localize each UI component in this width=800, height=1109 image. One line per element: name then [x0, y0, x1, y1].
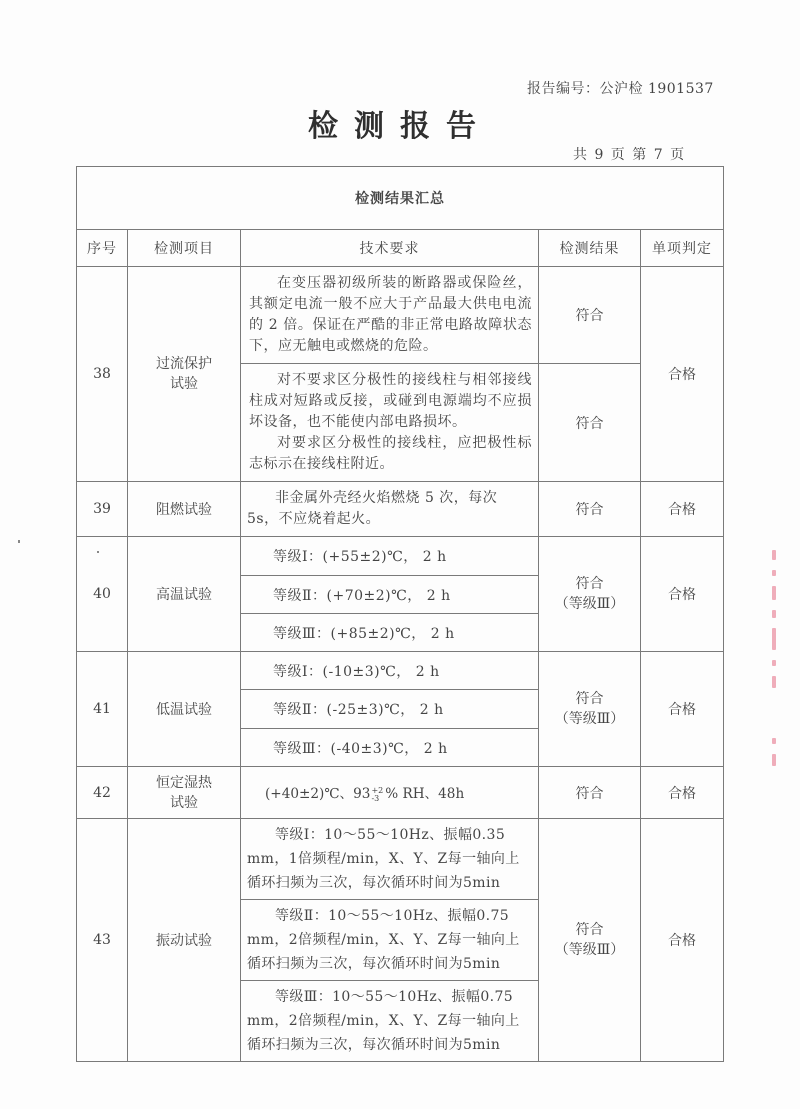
row-requirement: 非金属外壳经火焰燃烧 5 次，每次 5s，不应烧着起火。: [241, 482, 539, 537]
result-note: （等级Ⅲ）: [539, 594, 640, 614]
result-note: （等级Ⅲ）: [539, 940, 640, 960]
table-row: 39 阻燃试验 非金属外壳经火焰燃烧 5 次，每次 5s，不应烧着起火。 符合 …: [77, 482, 724, 537]
requirement-text: 在变压器初级所装的断路器或保险丝，其额定电流一般不应大于产品最大供电电流的 2 …: [249, 273, 532, 357]
col-header-requirement: 技术要求: [241, 230, 539, 267]
vib-line: 等级Ⅲ：10～55～10Hz、振幅0.75: [247, 985, 534, 1009]
table-header-row: 序号 检测项目 技术要求 检测结果 单项判定: [77, 230, 724, 267]
requirement-suffix: % RH、48h: [385, 786, 464, 802]
col-header-verdict: 单项判定: [641, 230, 724, 267]
results-summary-table: 检测结果汇总 序号 检测项目 技术要求 检测结果 单项判定 38 过流保护试验 …: [76, 166, 724, 1062]
grade-requirement: 等级Ⅱ：10～55～10Hz、振幅0.75 mm，2倍频程/min，X、Y、Z每…: [241, 900, 539, 981]
row-item: 恒定湿热 试验: [128, 767, 241, 819]
scan-speck: [97, 551, 99, 553]
grade-requirement: 等级Ⅲ：10～55～10Hz、振幅0.75 mm，2倍频程/min，X、Y、Z每…: [241, 981, 539, 1062]
row-verdict: 合格: [641, 819, 724, 1062]
row-no: 42: [77, 767, 128, 819]
row-requirement: 对不要求区分极性的接线柱与相邻接线柱成对短路或反接，或碰到电源端均不应损坏设备，…: [241, 364, 539, 482]
table-title: 检测结果汇总: [77, 167, 724, 230]
col-header-result: 检测结果: [539, 230, 641, 267]
result-note: （等级Ⅲ）: [539, 709, 640, 729]
row-no: 39: [77, 482, 128, 537]
item-line: 恒定湿热: [128, 773, 240, 793]
vib-line: 等级Ⅱ：10～55～10Hz、振幅0.75: [247, 904, 534, 928]
table-row: 40 高温试验 等级Ⅰ：(+55±2)℃， 2 h 符合 （等级Ⅲ） 合格: [77, 537, 724, 576]
scan-speck: [18, 540, 20, 543]
row-verdict: 合格: [641, 267, 724, 482]
table-row: 43 振动试验 等级Ⅰ：10～55～10Hz、振幅0.35 mm，1倍频程/mi…: [77, 819, 724, 900]
result-text: 符合: [539, 689, 640, 709]
result-text: 符合: [539, 920, 640, 940]
report-number: 报告编号：公沪检 1901537: [527, 78, 714, 98]
item-line: 试验: [128, 793, 240, 813]
vib-line: 循环扫频为三次，每次循环时间为5min: [247, 871, 534, 895]
table-row: 38 过流保护试验 在变压器初级所装的断路器或保险丝，其额定电流一般不应大于产品…: [77, 267, 724, 364]
requirement-prefix: (+40±2)℃、93: [265, 786, 370, 802]
requirement-text: 对不要求区分极性的接线柱与相邻接线柱成对短路或反接，或碰到电源端均不应损坏设备，…: [249, 370, 532, 433]
grade-requirement: 等级Ⅱ：(-25±3)℃， 2 h: [241, 690, 539, 729]
red-seal-edge: [770, 540, 778, 780]
table-row: 42 恒定湿热 试验 (+40±2)℃、93+2-3% RH、48h 符合 合格: [77, 767, 724, 819]
grade-requirement: 等级Ⅱ：(+70±2)℃， 2 h: [241, 576, 539, 614]
row-item: 阻燃试验: [128, 482, 241, 537]
col-header-no: 序号: [77, 230, 128, 267]
row-verdict: 合格: [641, 652, 724, 767]
vib-line: 循环扫频为三次，每次循环时间为5min: [247, 1033, 534, 1057]
row-item: 过流保护试验: [128, 267, 241, 482]
vib-line: mm，1倍频程/min，X、Y、Z每一轴向上: [247, 847, 534, 871]
col-header-item: 检测项目: [128, 230, 241, 267]
vib-line: 等级Ⅰ：10～55～10Hz、振幅0.35: [247, 823, 534, 847]
row-result: 符合: [539, 767, 641, 819]
result-text: 符合: [539, 574, 640, 594]
tolerance-lower: -3: [371, 795, 383, 803]
row-item: 低温试验: [128, 652, 241, 767]
row-verdict: 合格: [641, 482, 724, 537]
document-title: 检测报告: [0, 101, 800, 145]
row-requirement: (+40±2)℃、93+2-3% RH、48h: [241, 767, 539, 819]
table-row: 41 低温试验 等级Ⅰ：(-10±3)℃， 2 h 符合 （等级Ⅲ） 合格: [77, 652, 724, 690]
row-no: 41: [77, 652, 128, 767]
row-item: 振动试验: [128, 819, 241, 1062]
row-verdict: 合格: [641, 537, 724, 652]
row-no: 43: [77, 819, 128, 1062]
row-result: 符合 （等级Ⅲ）: [539, 819, 641, 1062]
vib-line: mm，2倍频程/min，X、Y、Z每一轴向上: [247, 1009, 534, 1033]
row-result: 符合: [539, 364, 641, 482]
grade-requirement: 等级Ⅰ：(-10±3)℃， 2 h: [241, 652, 539, 690]
vib-line: 循环扫频为三次，每次循环时间为5min: [247, 952, 534, 976]
requirement-text: 对要求区分极性的接线柱，应把极性标志标示在接线柱附近。: [249, 433, 532, 475]
row-verdict: 合格: [641, 767, 724, 819]
row-result: 符合 （等级Ⅲ）: [539, 652, 641, 767]
row-requirement: 在变压器初级所装的断路器或保险丝，其额定电流一般不应大于产品最大供电电流的 2 …: [241, 267, 539, 364]
grade-requirement: 等级Ⅰ：10～55～10Hz、振幅0.35 mm，1倍频程/min，X、Y、Z每…: [241, 819, 539, 900]
row-result: 符合: [539, 482, 641, 537]
tolerance: +2-3: [371, 787, 383, 803]
grade-requirement: 等级Ⅲ：(-40±3)℃， 2 h: [241, 729, 539, 767]
row-no: 38: [77, 267, 128, 482]
grade-requirement: 等级Ⅲ：(+85±2)℃， 2 h: [241, 614, 539, 652]
vib-line: mm，2倍频程/min，X、Y、Z每一轴向上: [247, 928, 534, 952]
row-no: 40: [77, 537, 128, 652]
row-result: 符合 （等级Ⅲ）: [539, 537, 641, 652]
grade-requirement: 等级Ⅰ：(+55±2)℃， 2 h: [241, 537, 539, 576]
row-item: 高温试验: [128, 537, 241, 652]
page-info: 共 9 页 第 7 页: [573, 144, 684, 164]
requirement-text: 非金属外壳经火焰燃烧 5 次，每次: [247, 488, 532, 509]
row-result: 符合: [539, 267, 641, 364]
requirement-text: 5s，不应烧着起火。: [247, 509, 532, 530]
